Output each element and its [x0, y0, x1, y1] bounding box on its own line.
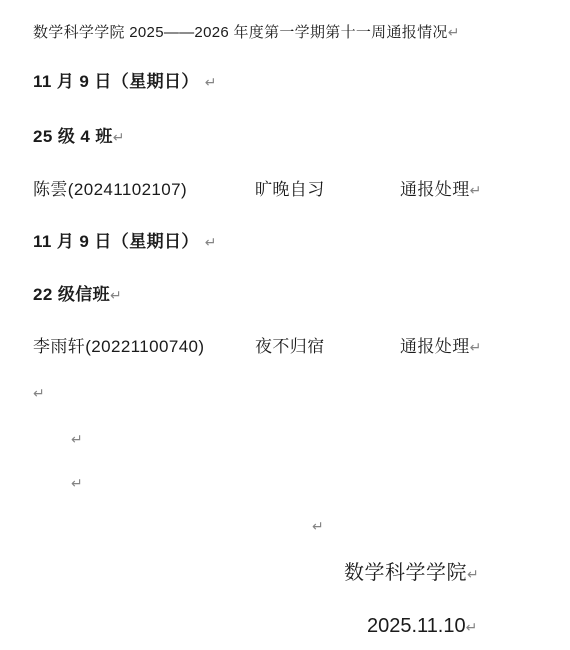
- date-heading-1: 11 月 9 日（星期日）↵: [33, 71, 217, 93]
- class-heading-2: 22 级信班↵: [33, 284, 122, 306]
- paragraph-mark-icon: ↵: [71, 476, 83, 492]
- empty-paragraph: ↵: [71, 474, 83, 493]
- paragraph-mark-icon: ↵: [470, 183, 482, 199]
- violation-entry-row: 李雨轩(20221100740)夜不归宿通报处理↵: [33, 336, 481, 358]
- paragraph-mark-icon: ↵: [71, 432, 83, 448]
- date-heading-text: 11 月 9 日（星期日）: [33, 72, 199, 91]
- student-name-id: 李雨轩(20221100740): [33, 336, 255, 358]
- handling-action: 通报处理: [400, 180, 470, 199]
- word-document-page[interactable]: 数学科学学院 2025——2026 年度第一学期第十一周通报情况↵ 11 月 9…: [0, 0, 570, 650]
- empty-paragraph: ↵: [71, 430, 83, 449]
- paragraph-mark-icon: ↵: [470, 340, 482, 356]
- student-name-id: 陈雲(20241102107): [33, 179, 255, 201]
- paragraph-mark-icon: ↵: [113, 130, 125, 146]
- violation-entry-row: 陈雲(20241102107)旷晚自习通报处理↵: [33, 179, 481, 201]
- class-heading-text: 25 级 4 班: [33, 127, 113, 146]
- handling-action: 通报处理: [400, 337, 470, 356]
- violation-type: 夜不归宿: [255, 336, 400, 358]
- document-title-line: 数学科学学院 2025——2026 年度第一学期第十一周通报情况↵: [33, 23, 459, 43]
- empty-paragraph: ↵: [312, 517, 324, 536]
- paragraph-mark-icon: ↵: [448, 25, 460, 41]
- signature-date-text: 2025.11.10: [367, 615, 466, 637]
- paragraph-mark-icon: ↵: [466, 620, 478, 636]
- paragraph-mark-icon: ↵: [33, 386, 45, 402]
- paragraph-mark-icon: ↵: [110, 288, 122, 304]
- violation-type: 旷晚自习: [255, 179, 400, 201]
- signature-line: 数学科学学院↵: [344, 560, 479, 586]
- class-heading-text: 22 级信班: [33, 285, 110, 304]
- paragraph-mark-icon: ↵: [467, 567, 479, 583]
- document-title: 数学科学学院 2025——2026 年度第一学期第十一周通报情况: [33, 24, 448, 41]
- paragraph-mark-icon: ↵: [205, 235, 217, 251]
- signature-date-line: 2025.11.10↵: [367, 613, 477, 639]
- date-heading-2: 11 月 9 日（星期日）↵: [33, 231, 217, 253]
- date-heading-text: 11 月 9 日（星期日）: [33, 232, 199, 251]
- paragraph-mark-icon: ↵: [205, 75, 217, 91]
- empty-paragraph: ↵: [33, 384, 45, 403]
- class-heading-1: 25 级 4 班↵: [33, 126, 124, 148]
- signature-text: 数学科学学院: [344, 562, 467, 584]
- paragraph-mark-icon: ↵: [312, 519, 324, 535]
